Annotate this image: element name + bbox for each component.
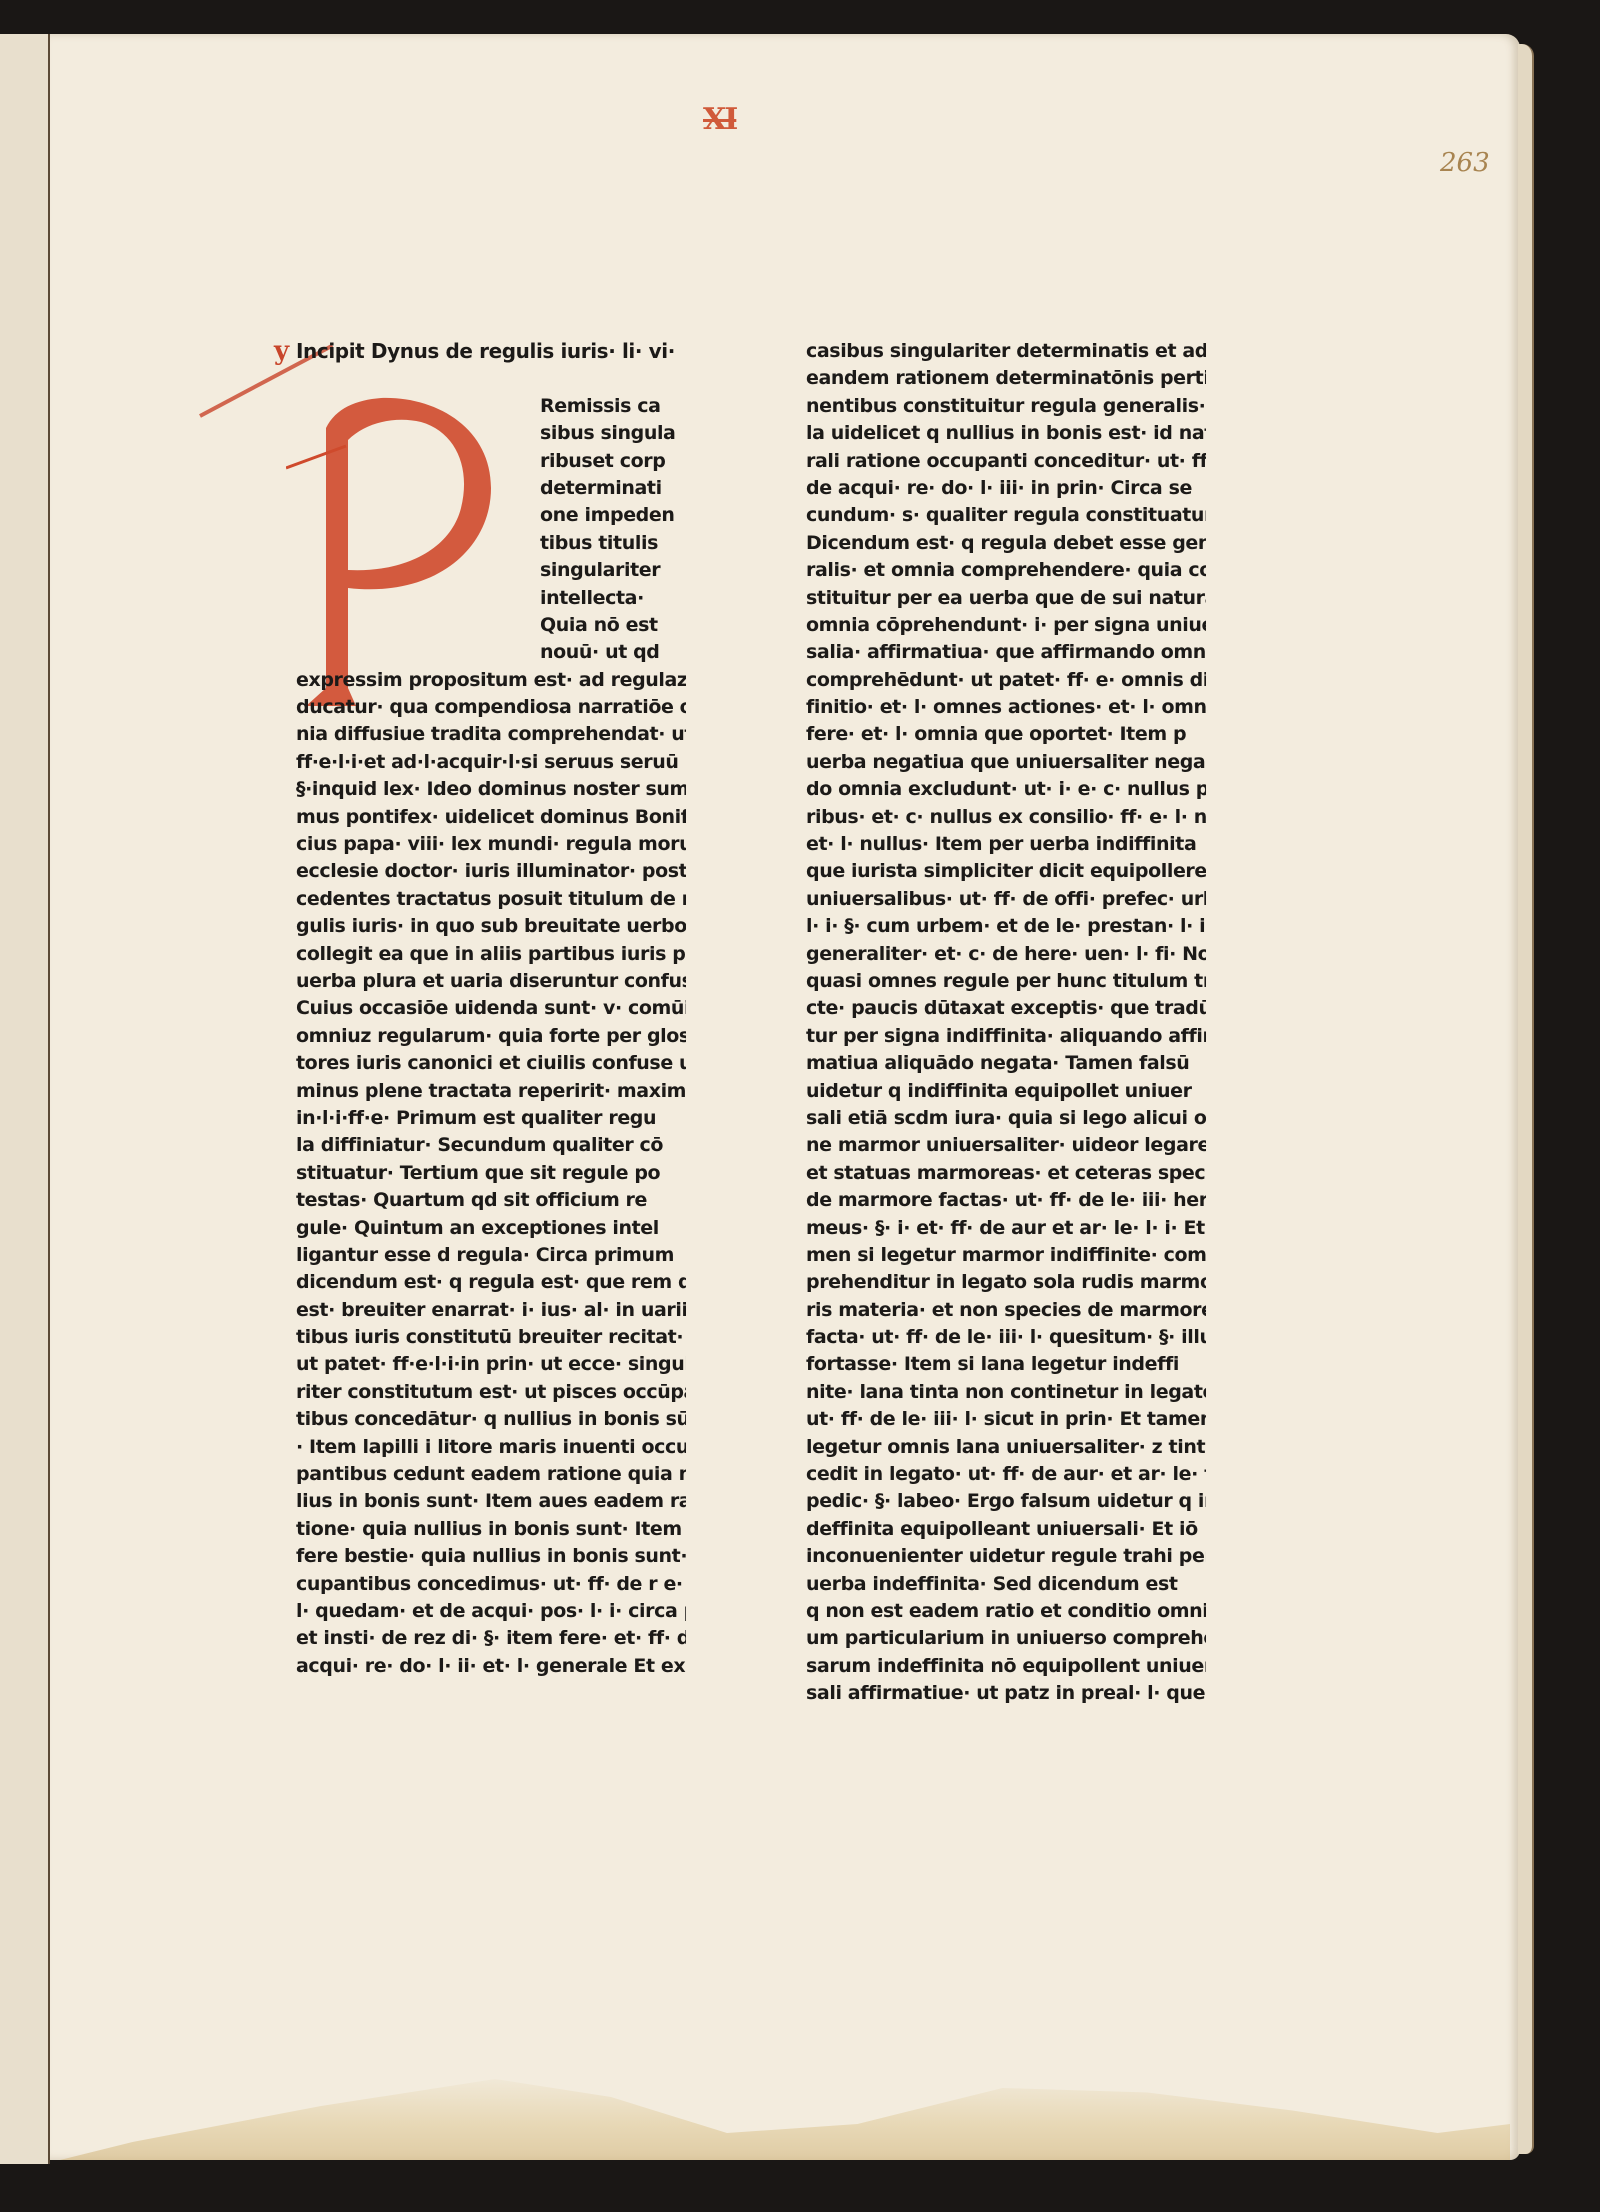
text-line: omnia cōprehendunt· i· per signa uniuer (806, 612, 1206, 639)
signature-mark: XI (703, 102, 736, 137)
text-line: pantibus cedunt eadem ratione quia nul (296, 1461, 686, 1488)
incipit-line: Incipit Dynus de regulis iuris· li· vi· (296, 338, 686, 365)
text-line: sali etiā scdm iura· quia si lego alicui… (806, 1105, 1206, 1132)
text-line: de acqui· re· do· l· iii· in prin· Circa… (806, 475, 1206, 502)
text-line: generaliter· et· c· de here· uen· l· fi·… (806, 941, 1206, 968)
text-line: tur per signa indiffinita· aliquando aff… (806, 1023, 1206, 1050)
text-line: casibus singulariter determinatis et ad (806, 338, 1206, 365)
text-line: dicendum est· q regula est· que rem que (296, 1269, 686, 1296)
text-line: collegit ea que in aliis partibus iuris … (296, 941, 686, 968)
text-line: salia· affirmatiua· que affirmando omnia (806, 639, 1206, 666)
left-text-column: Incipit Dynus de regulis iuris· li· vi· … (296, 338, 686, 1680)
text-line: tibus titulis (296, 530, 686, 557)
text-line: acqui· re· do· l· ii· et· l· generale Et… (296, 1653, 686, 1680)
text-line: gulis iuris· in quo sub breuitate uerbor… (296, 913, 686, 940)
text-line: l· quedam· et de acqui· pos· l· i· circa… (296, 1598, 686, 1625)
text-line: l· i· §· cum urbem· et de le· prestan· l… (806, 913, 1206, 940)
text-line: riter constitutum est· ut pisces occūpan (296, 1379, 686, 1406)
text-line: minus plene tractata reperirit· maxime (296, 1078, 686, 1105)
text-line: la diffiniatur· Secundum qualiter cō (296, 1132, 686, 1159)
text-line: Cuius occasiōe uidenda sunt· v· comūia (296, 995, 686, 1022)
text-line: gule· Quintum an exceptiones intel (296, 1215, 686, 1242)
blank-line (296, 365, 686, 392)
text-line: testas· Quartum qd sit officium re (296, 1187, 686, 1214)
text-line: ff·e·l·i·et ad·l·acquir·l·si seruus seru… (296, 749, 686, 776)
text-line: ris materia· et non species de marmore (806, 1297, 1206, 1324)
body-lines: casibus singulariter determinatis et ade… (806, 338, 1206, 1708)
text-line: tores iuris canonici et ciuilis confuse … (296, 1050, 686, 1077)
text-line: sibus singula (296, 420, 686, 447)
text-line: matiua aliquādo negata· Tamen falsū (806, 1050, 1206, 1077)
text-line: Quia nō est (296, 612, 686, 639)
text-line: que iurista simpliciter dicit equipoller… (806, 858, 1206, 885)
text-line: cedit in legato· ut· ff· de aur· et ar· … (806, 1461, 1206, 1488)
text-line: fortasse· Item si lana legetur indeffi (806, 1351, 1206, 1378)
text-line: mus pontifex· uidelicet dominus Bonifa (296, 804, 686, 831)
text-line: comprehēdunt· ut patet· ff· e· omnis dif (806, 667, 1206, 694)
text-line: fere· et· l· omnia que oportet· Item p (806, 721, 1206, 748)
text-line: cundum· s· qualiter regula constituatur· (806, 502, 1206, 529)
text-line: ralis· et omnia comprehendere· quia con (806, 557, 1206, 584)
text-line: deffinita equipolleant uniuersali· Et iō (806, 1516, 1206, 1543)
text-line: §·inquid lex· Ideo dominus noster sum (296, 776, 686, 803)
body-lines: expressim propositum est· ad regulaz red… (296, 667, 686, 1680)
text-line: quasi omnes regule per hunc titulum tra (806, 968, 1206, 995)
text-line: Dicendum est· q regula debet esse gene (806, 530, 1206, 557)
text-line: ecclesie doctor· iuris illuminator· post… (296, 858, 686, 885)
text-line: Remissis ca (296, 393, 686, 420)
folio-number: 263 (1440, 148, 1490, 178)
text-line: · Item lapilli i litore maris inuenti oc… (296, 1434, 686, 1461)
text-line: ligantur esse d regula· Circa primum (296, 1242, 686, 1269)
text-line: nia diffusiue tradita comprehendat· ut (296, 721, 686, 748)
previous-page-edge (0, 34, 50, 2164)
text-line: uniuersalibus· ut· ff· de offi· prefec· … (806, 886, 1206, 913)
text-line: uerba plura et uaria diseruntur confuse· (296, 968, 686, 995)
text-line: ut· ff· de le· iii· l· sicut in prin· Et… (806, 1406, 1206, 1433)
text-line: determinati (296, 475, 686, 502)
text-line: ne marmor uniuersaliter· uideor legare· (806, 1132, 1206, 1159)
text-line: tibus concedātur· q nullius in bonis sūt (296, 1406, 686, 1433)
text-line: in·l·i·ff·e· Primum est qualiter regu (296, 1105, 686, 1132)
text-line: la uidelicet q nullius in bonis est· id … (806, 420, 1206, 447)
guide-letter: y (274, 336, 289, 366)
text-line: finitio· et· l· omnes actiones· et· l· o… (806, 694, 1206, 721)
text-line: sarum indeffinita nō equipollent uniuer (806, 1653, 1206, 1680)
text-line: nouū· ut qd (296, 639, 686, 666)
text-line: eandem rationem determinatōnis perti (806, 365, 1206, 392)
text-line: ut patet· ff·e·l·i·in prin· ut ecce· sin… (296, 1351, 686, 1378)
text-line: uerba indeffinita· Sed dicendum est (806, 1571, 1206, 1598)
right-text-column: casibus singulariter determinatis et ade… (806, 338, 1206, 1708)
text-line: et insti· de rez di· §· item fere· et· f… (296, 1625, 686, 1652)
text-line: expressim propositum est· ad regulaz re (296, 667, 686, 694)
text-line: ribuset corp (296, 448, 686, 475)
text-line: tibus iuris constitutū breuiter recitat· (296, 1324, 686, 1351)
text-line: cupantibus concedimus· ut· ff· de r e· d… (296, 1571, 686, 1598)
text-line: uidetur q indiffinita equipollet uniuer (806, 1078, 1206, 1105)
text-line: de marmore factas· ut· ff· de le· iii· h… (806, 1187, 1206, 1214)
text-line: do omnia excludunt· ut· i· e· c· nullus … (806, 776, 1206, 803)
text-line: et· l· nullus· Item per uerba indiffinit… (806, 831, 1206, 858)
text-line: uerba negatiua que uniuersaliter negan (806, 749, 1206, 776)
text-line: omniuz regularum· quia forte per glosa (296, 1023, 686, 1050)
text-line: um particularium in uniuerso comprehen (806, 1625, 1206, 1652)
text-line: nite· lana tinta non continetur in legat… (806, 1379, 1206, 1406)
text-line: men si legetur marmor indiffinite· com (806, 1242, 1206, 1269)
text-line: one impeden (296, 502, 686, 529)
text-line: sali affirmatiue· ut patz in preal· l· q… (806, 1680, 1206, 1707)
text-line: singulariter (296, 557, 686, 584)
text-line: est· breuiter enarrat· i· ius· al· in ua… (296, 1297, 686, 1324)
text-line: lius in bonis sunt· Item aues eadem ra (296, 1488, 686, 1515)
text-line: cte· paucis dūtaxat exceptis· que tradū (806, 995, 1206, 1022)
text-line: cedentes tractatus posuit titulum de re (296, 886, 686, 913)
text-line: inconuenienter uidetur regule trahi per (806, 1543, 1206, 1570)
text-line: legetur omnis lana uniuersaliter· z tint… (806, 1434, 1206, 1461)
page-fore-edge (1518, 44, 1534, 2154)
text-line: nentibus constituitur regula generalis· … (806, 393, 1206, 420)
book-page (50, 34, 1520, 2160)
text-line: q non est eadem ratio et conditio omni (806, 1598, 1206, 1625)
text-line: cius papa· viii· lex mundi· regula morum… (296, 831, 686, 858)
text-line: facta· ut· ff· de le· iii· l· quesitum· … (806, 1324, 1206, 1351)
text-line: prehenditur in legato sola rudis marmo (806, 1269, 1206, 1296)
text-line: stituitur per ea uerba que de sui natura (806, 585, 1206, 612)
text-line: fere bestie· quia nullius in bonis sunt·… (296, 1543, 686, 1570)
text-line: et statuas marmoreas· et ceteras species (806, 1160, 1206, 1187)
text-line: tione· quia nullius in bonis sunt· Item (296, 1516, 686, 1543)
text-line: ducatur· qua compendiosa narratiōe om (296, 694, 686, 721)
text-line: stituatur· Tertium que sit regule po (296, 1160, 686, 1187)
indented-lines: Remissis casibus singularibuset corpdete… (296, 393, 686, 667)
text-line: rali ratione occupanti conceditur· ut· f… (806, 448, 1206, 475)
text-line: intellecta· (296, 585, 686, 612)
text-line: pedic· §· labeo· Ergo falsum uidetur q i… (806, 1488, 1206, 1515)
text-line: meus· §· i· et· ff· de aur et ar· le· l·… (806, 1215, 1206, 1242)
text-line: ribus· et· c· nullus ex consilio· ff· e·… (806, 804, 1206, 831)
